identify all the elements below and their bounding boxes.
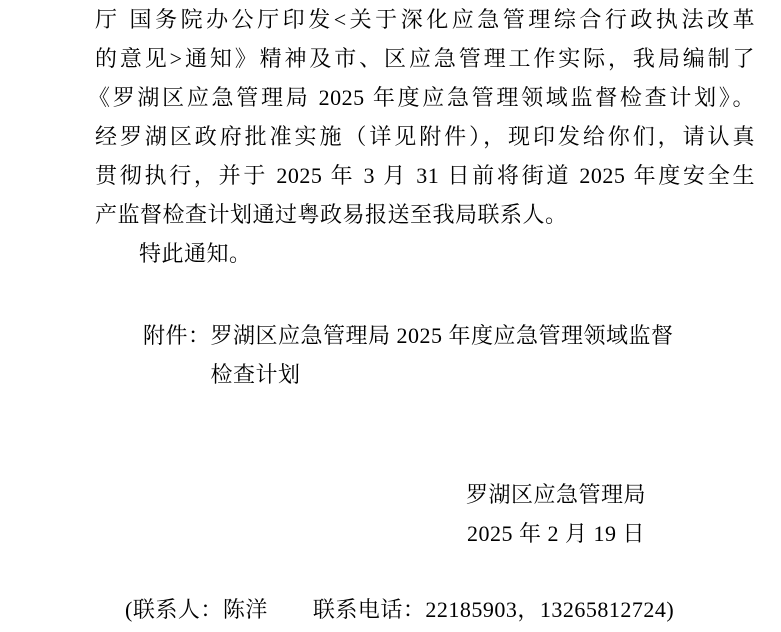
attachment-note: 附件： 罗湖区应急管理局 2025 年度应急管理领域监督 检查计划 xyxy=(143,316,755,394)
document-body: 厅 国务院办公厅印发<关于深化应急管理综合行政执法改革 的意见>通知》精神及市、… xyxy=(95,0,755,629)
attachment-label: 附件： xyxy=(143,316,211,394)
body-line-6: 产监督检查计划通过粤政易报送至我局联系人。 xyxy=(95,195,755,234)
signature-date: 2025 年 2 月 19 日 xyxy=(406,514,706,553)
signature-block: 罗湖区应急管理局 2025 年 2 月 19 日 xyxy=(406,475,706,553)
contact-line: (联系人：陈洋 联系电话：22185903，13265812724) xyxy=(125,590,755,629)
body-line-2: 的意见>通知》精神及市、区应急管理工作实际，我局编制了 xyxy=(95,39,755,78)
body-line-4: 经罗湖区政府批准实施（详见附件），现印发给你们，请认真 xyxy=(95,117,755,156)
body-line-5: 贯彻执行，并于 2025 年 3 月 31 日前将街道 2025 年度安全生 xyxy=(95,156,755,195)
attachment-title-line-1: 罗湖区应急管理局 2025 年度应急管理领域监督 xyxy=(211,316,674,355)
closing-line: 特此通知。 xyxy=(95,234,755,273)
attachment-title-line-2: 检查计划 xyxy=(211,355,674,394)
body-line-3: 《罗湖区应急管理局 2025 年度应急管理领域监督检查计划》。 xyxy=(88,78,755,117)
signature-org: 罗湖区应急管理局 xyxy=(406,475,706,514)
attachment-title: 罗湖区应急管理局 2025 年度应急管理领域监督 检查计划 xyxy=(211,316,674,394)
body-line-1: 厅 国务院办公厅印发<关于深化应急管理综合行政执法改革 xyxy=(95,0,755,39)
